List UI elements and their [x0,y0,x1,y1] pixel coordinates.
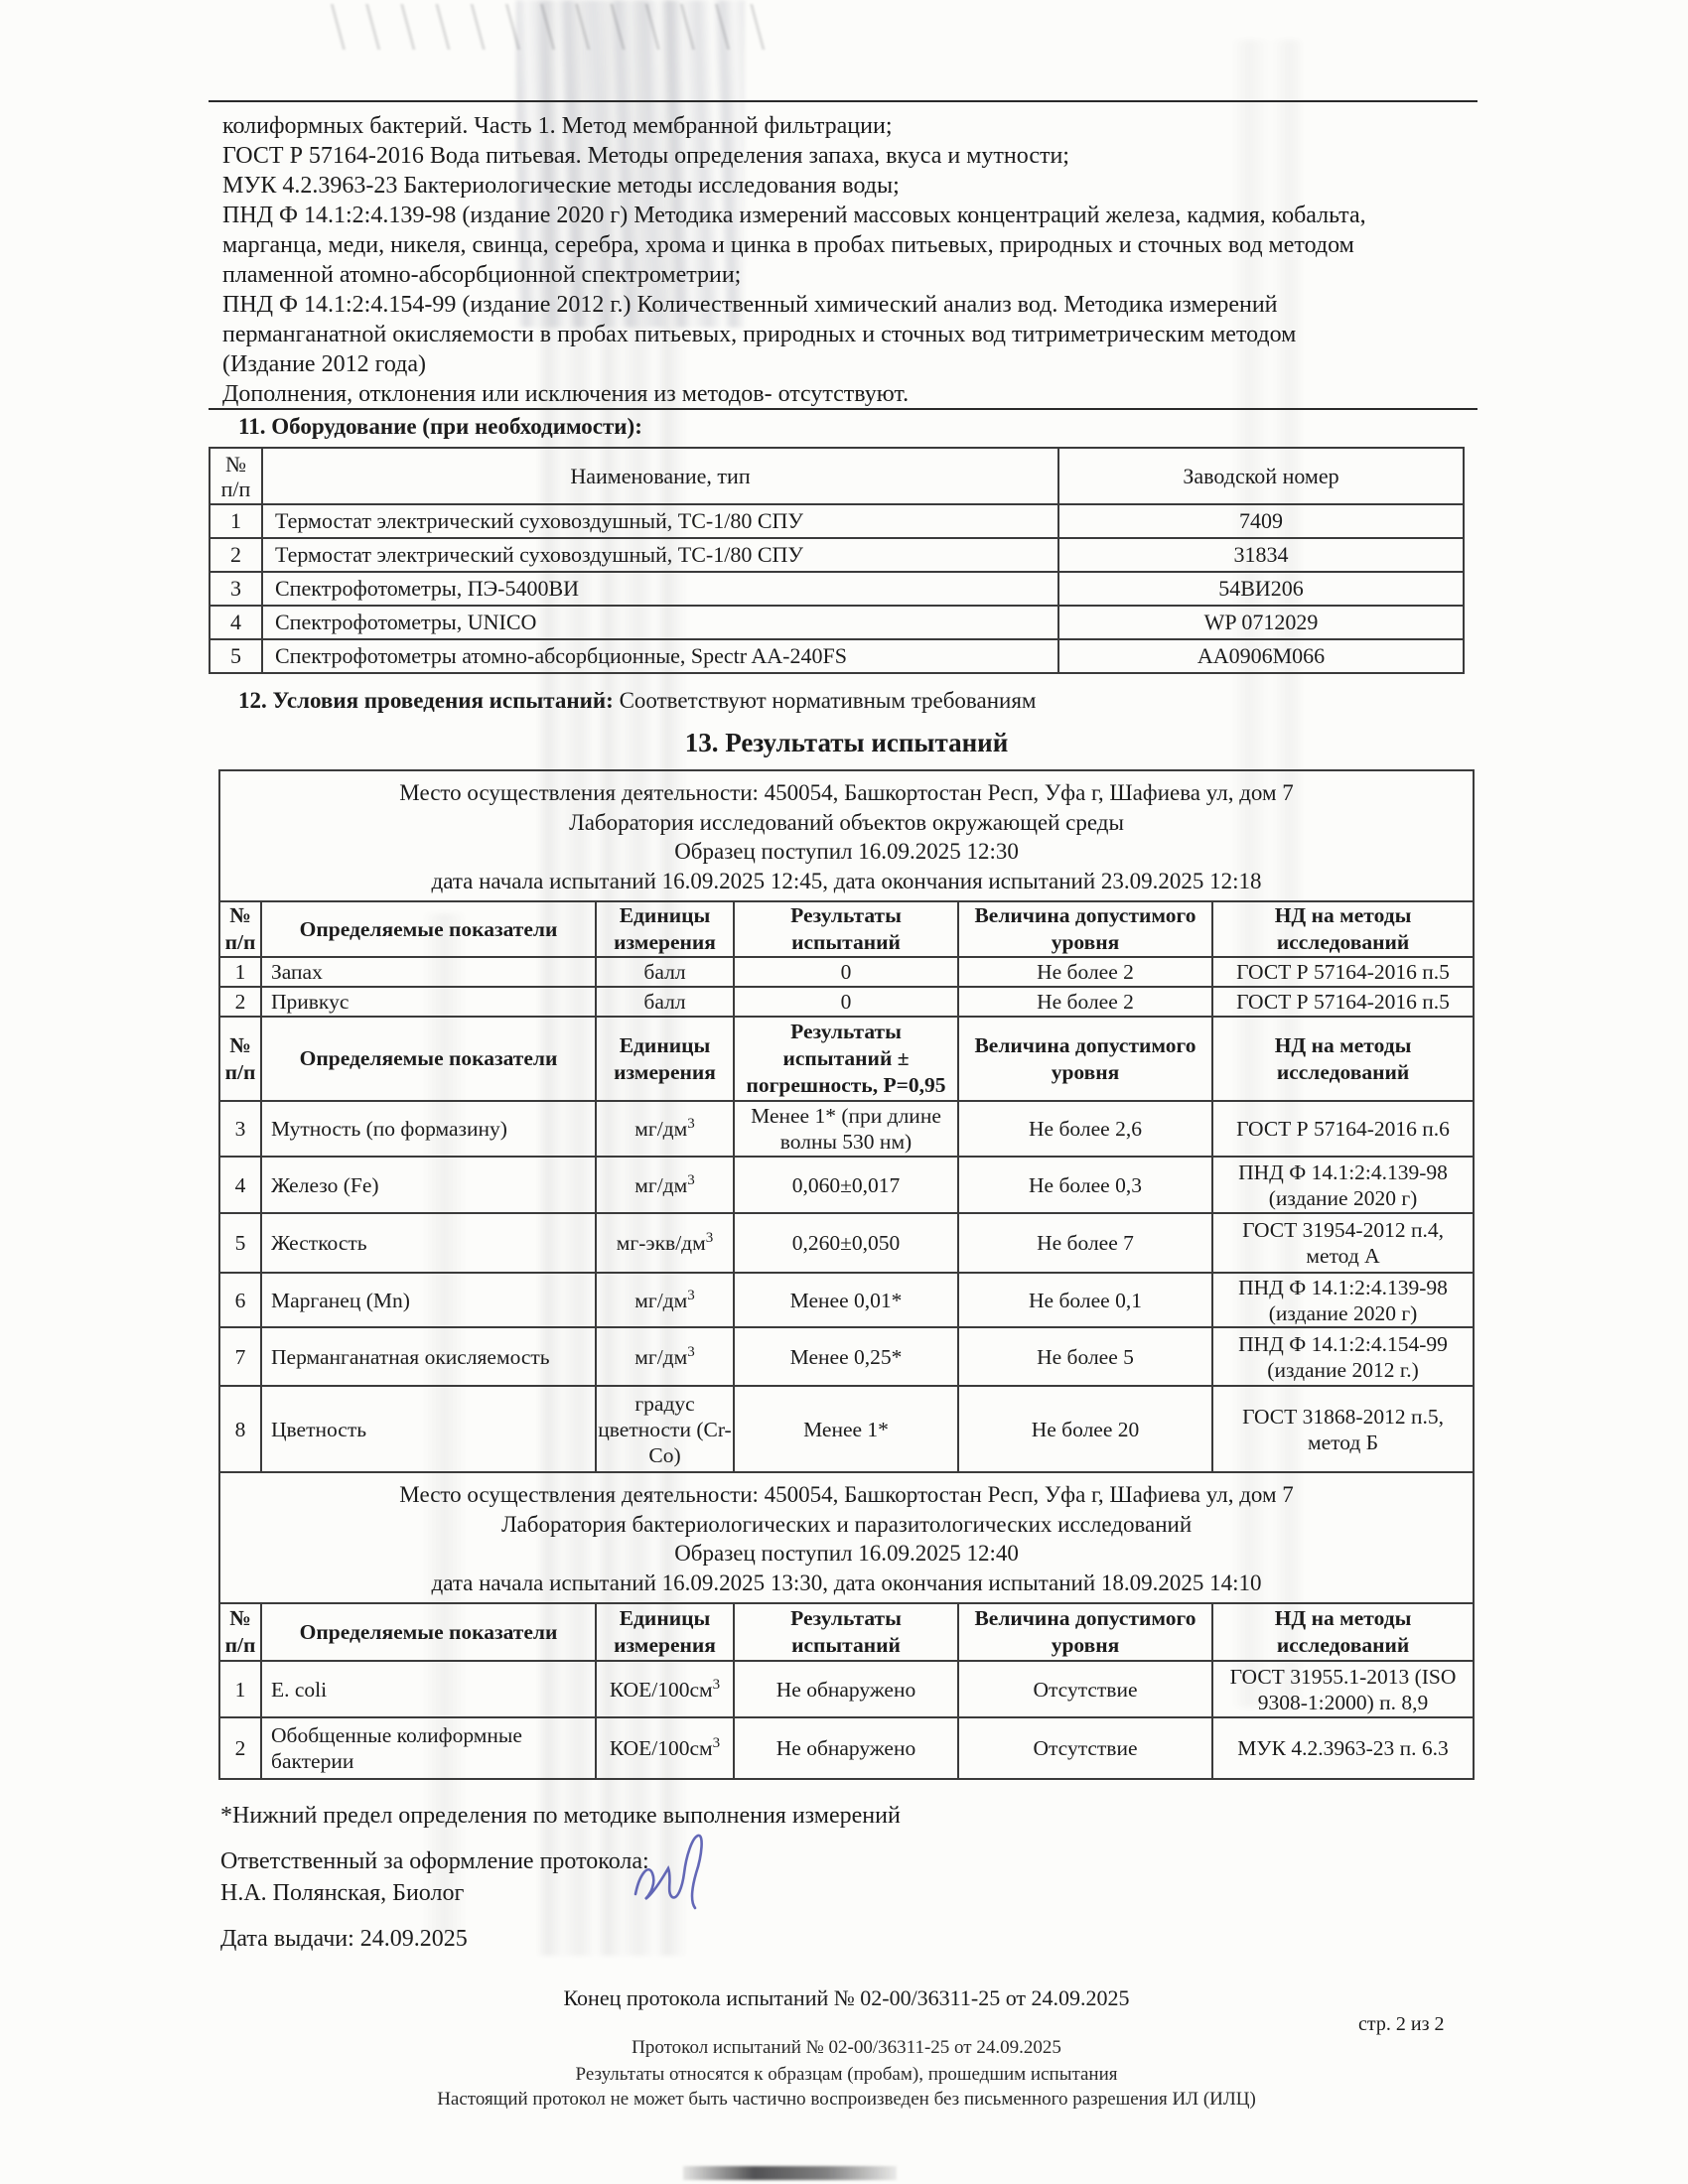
reproduction-disclaimer: Настоящий протокол не может быть частичн… [220,2089,1473,2111]
result-cell: 0 [734,957,958,987]
limit-cell: Не более 2 [958,987,1212,1017]
table-row: 8 Цветность градус цветности (Cr-Co) Мен… [219,1386,1474,1472]
equipment-row-name: Термостат электрический суховоздушный, Т… [262,504,1058,538]
result-cell: Менее 0,25* [734,1327,958,1386]
results-header-row-a: №п/п Определяемые показатели Единицы изм… [219,901,1474,957]
table-row: 5 Жесткость мг-экв/дм3 0,260±0,050 Не бо… [219,1213,1474,1273]
intro-line: марганца, меди, никеля, свинца, серебра,… [222,230,1503,260]
page-number: стр. 2 из 2 [1358,2013,1444,2036]
section-11-title: 11. Оборудование (при необходимости): [238,414,642,440]
equipment-row-name: Спектрофотометры, ПЭ-5400ВИ [262,572,1058,606]
col-indicator: Определяемые показатели [261,901,596,957]
table-row: 4 Спектрофотометры, UNICO WP 0712029 [210,606,1464,639]
table-row: 5 Спектрофотометры атомно-абсорбционные,… [210,639,1464,673]
limit-cell: Отсутствие [958,1661,1212,1717]
location-block-bacteriology: Место осуществления деятельности: 450054… [219,1472,1474,1603]
col-unit: Единицы измерения [596,1017,734,1101]
row-num: 5 [219,1213,261,1273]
intro-line: МУК 4.2.3963-23 Бактериологические метод… [222,171,1503,201]
table-row: 7 Перманганатная окисляемость мг/дм3 Мен… [219,1327,1474,1386]
top-rule [209,100,1477,102]
indicator-cell: Мутность (по формазину) [261,1101,596,1157]
limit-cell: Не более 5 [958,1327,1212,1386]
col-nd: НД на методы исследований [1212,901,1474,957]
equipment-table: №п/п Наименование, тип Заводской номер 1… [209,447,1465,674]
unit-cell: мг-экв/дм3 [596,1213,734,1273]
indicator-cell: Цветность [261,1386,596,1472]
col-unit: Единицы измерения [596,901,734,957]
row-num: 1 [219,957,261,987]
location-line: Место осуществления деятельности: 450054… [221,778,1472,808]
indicator-cell: Железо (Fe) [261,1157,596,1213]
table-row: 2 Термостат электрический суховоздушный,… [210,538,1464,572]
unit-cell: градус цветности (Cr-Co) [596,1386,734,1472]
result-cell: Менее 1* (при длине волны 530 нм) [734,1101,958,1157]
row-num: 4 [219,1157,261,1213]
table-row: 1 Термостат электрический суховоздушный,… [210,504,1464,538]
col-result: Результаты испытаний [734,1603,958,1661]
equipment-row-name: Спектрофотометры атомно-абсорбционные, S… [262,639,1058,673]
nd-cell: ГОСТ Р 57164-2016 п.5 [1212,957,1474,987]
col-limit: Величина допустимого уровня [958,1017,1212,1101]
result-cell: 0 [734,987,958,1017]
equipment-row-serial: 7409 [1058,504,1464,538]
equipment-row-serial: AA0906M066 [1058,639,1464,673]
equipment-row-num: 5 [210,639,262,673]
col-num: №п/п [219,1017,261,1101]
row-num: 8 [219,1386,261,1472]
intro-line: ГОСТ Р 57164-2016 Вода питьевая. Методы … [222,141,1503,171]
unit-cell: мг/дм3 [596,1327,734,1386]
table-row: 4 Железо (Fe) мг/дм3 0,060±0,017 Не боле… [219,1157,1474,1213]
indicator-cell: Марганец (Mn) [261,1273,596,1327]
equipment-row-serial: 54ВИ206 [1058,572,1464,606]
equipment-col-name: Наименование, тип [262,448,1058,504]
col-limit: Величина допустимого уровня [958,1603,1212,1661]
intro-line: ПНД Ф 14.1:2:4.139-98 (издание 2020 г) М… [222,201,1503,230]
intro-line: пламенной атомно-абсорбционной спектроме… [222,260,1503,290]
nd-cell: ГОСТ 31954-2012 п.4, метод А [1212,1213,1474,1273]
indicator-cell: E. coli [261,1661,596,1717]
scan-artifact-noise [328,4,784,50]
scan-artifact-mark [683,2166,897,2180]
equipment-row-num: 2 [210,538,262,572]
col-indicator: Определяемые показатели [261,1603,596,1661]
responsible-name: Н.А. Полянская, Биолог [220,1880,464,1907]
intro-line: ПНД Ф 14.1:2:4.154-99 (издание 2012 г.) … [222,290,1503,320]
results-header-row-b: №п/п Определяемые показатели Единицы изм… [219,1017,1474,1101]
test-dates: дата начала испытаний 16.09.2025 13:30, … [221,1569,1472,1598]
row-num: 3 [219,1101,261,1157]
section-12-label: 12. Условия проведения испытаний: [238,688,614,713]
col-result: Результаты испытаний ± погрешность, Р=0,… [734,1017,958,1101]
unit-cell: КОЕ/100см3 [596,1717,734,1779]
intro-line: (Издание 2012 года) [222,349,1503,379]
unit-cell: мг/дм3 [596,1157,734,1213]
lab-name: Лаборатория бактериологических и паразит… [221,1510,1472,1540]
nd-cell: ГОСТ 31955.1-2013 (ISO 9308-1:2000) п. 8… [1212,1661,1474,1717]
equipment-col-serial: Заводской номер [1058,448,1464,504]
intro-line: перманганатной окисляемости в пробах пит… [222,320,1503,349]
intro-line-additions: Дополнения, отклонения или исключения из… [222,379,1503,409]
equipment-row-num: 4 [210,606,262,639]
test-dates: дата начала испытаний 16.09.2025 12:45, … [221,867,1472,896]
limit-cell: Не более 2,6 [958,1101,1212,1157]
indicator-cell: Перманганатная окисляемость [261,1327,596,1386]
issue-date: Дата выдачи: 24.09.2025 [220,1926,468,1953]
end-of-protocol-line: Конец протокола испытаний № 02-00/36311-… [220,1985,1473,2011]
methods-paragraph: колиформных бактерий. Часть 1. Метод мем… [222,111,1503,409]
col-limit: Величина допустимого уровня [958,901,1212,957]
unit-cell: балл [596,987,734,1017]
equipment-row-serial: WP 0712029 [1058,606,1464,639]
section-12-value: Соответствуют нормативным требованиям [620,688,1037,713]
limit-cell: Не более 2 [958,957,1212,987]
section-13-title: 13. Результаты испытаний [220,728,1473,758]
result-cell: Менее 0,01* [734,1273,958,1327]
table-row: 3 Мутность (по формазину) мг/дм3 Менее 1… [219,1101,1474,1157]
limit-cell: Не более 20 [958,1386,1212,1472]
col-num: №п/п [219,901,261,957]
table-row: 1 Запах балл 0 Не более 2 ГОСТ Р 57164-2… [219,957,1474,987]
row-num: 2 [219,987,261,1017]
col-indicator: Определяемые показатели [261,1017,596,1101]
equipment-row-serial: 31834 [1058,538,1464,572]
table-row: 2 Обобщенные колиформные бактерии КОЕ/10… [219,1717,1474,1779]
nd-cell: ГОСТ Р 57164-2016 п.5 [1212,987,1474,1017]
equipment-row-name: Термостат электрический суховоздушный, Т… [262,538,1058,572]
indicator-cell: Запах [261,957,596,987]
col-nd: НД на методы исследований [1212,1017,1474,1101]
sample-received: Образец поступил 16.09.2025 12:40 [221,1539,1472,1569]
intro-line: колиформных бактерий. Часть 1. Метод мем… [222,111,1503,141]
nd-cell: ПНД Ф 14.1:2:4.139-98 (издание 2020 г) [1212,1157,1474,1213]
unit-cell: мг/дм3 [596,1101,734,1157]
location-line: Место осуществления деятельности: 450054… [221,1480,1472,1510]
col-num: №п/п [219,1603,261,1661]
protocol-page: колиформных бактерий. Часть 1. Метод мем… [0,0,1688,2184]
col-nd: НД на методы исследований [1212,1603,1474,1661]
result-cell: Менее 1* [734,1386,958,1472]
divider-rule [209,408,1477,410]
nd-cell: МУК 4.2.3963-23 п. 6.3 [1212,1717,1474,1779]
limit-cell: Отсутствие [958,1717,1212,1779]
unit-cell: мг/дм3 [596,1273,734,1327]
equipment-header-row: №п/п Наименование, тип Заводской номер [210,448,1464,504]
unit-cell: КОЕ/100см3 [596,1661,734,1717]
table-row: 2 Привкус балл 0 Не более 2 ГОСТ Р 57164… [219,987,1474,1017]
nd-cell: ГОСТ 31868-2012 п.5, метод Б [1212,1386,1474,1472]
result-cell: Не обнаружено [734,1661,958,1717]
results-apply-line: Результаты относятся к образцам (пробам)… [220,2064,1473,2086]
sample-received: Образец поступил 16.09.2025 12:30 [221,837,1472,867]
equipment-col-num: №п/п [210,448,262,504]
results-header-row-c: №п/п Определяемые показатели Единицы изм… [219,1603,1474,1661]
col-unit: Единицы измерения [596,1603,734,1661]
indicator-cell: Привкус [261,987,596,1017]
table-row: 1 E. coli КОЕ/100см3 Не обнаружено Отсут… [219,1661,1474,1717]
col-result: Результаты испытаний [734,901,958,957]
table-row: 6 Марганец (Mn) мг/дм3 Менее 0,01* Не бо… [219,1273,1474,1327]
indicator-cell: Обобщенные колиформные бактерии [261,1717,596,1779]
equipment-row-name: Спектрофотометры, UNICO [262,606,1058,639]
equipment-row-num: 1 [210,504,262,538]
limit-cell: Не более 0,1 [958,1273,1212,1327]
location-block-chemistry: Место осуществления деятельности: 450054… [219,770,1474,901]
limit-cell: Не более 0,3 [958,1157,1212,1213]
responsible-label: Ответственный за оформление протокола: [220,1848,649,1875]
row-num: 6 [219,1273,261,1327]
signature-ink [624,1829,738,1923]
equipment-row-num: 3 [210,572,262,606]
unit-cell: балл [596,957,734,987]
nd-cell: ПНД Ф 14.1:2:4.139-98 (издание 2020 г) [1212,1273,1474,1327]
protocol-number-line: Протокол испытаний № 02-00/36311-25 от 2… [220,2037,1473,2059]
limit-cell: Не более 7 [958,1213,1212,1273]
section-12-line: 12. Условия проведения испытаний: Соотве… [238,688,1036,714]
lab-name: Лаборатория исследований объектов окружа… [221,808,1472,838]
row-num: 2 [219,1717,261,1779]
row-num: 7 [219,1327,261,1386]
results-table: Место осуществления деятельности: 450054… [218,769,1475,1780]
indicator-cell: Жесткость [261,1213,596,1273]
nd-cell: ПНД Ф 14.1:2:4.154-99 (издание 2012 г.) [1212,1327,1474,1386]
result-cell: Не обнаружено [734,1717,958,1779]
detection-limit-footnote: *Нижний предел определения по методике в… [220,1803,901,1830]
row-num: 1 [219,1661,261,1717]
result-cell: 0,060±0,017 [734,1157,958,1213]
result-cell: 0,260±0,050 [734,1213,958,1273]
nd-cell: ГОСТ Р 57164-2016 п.6 [1212,1101,1474,1157]
table-row: 3 Спектрофотометры, ПЭ-5400ВИ 54ВИ206 [210,572,1464,606]
